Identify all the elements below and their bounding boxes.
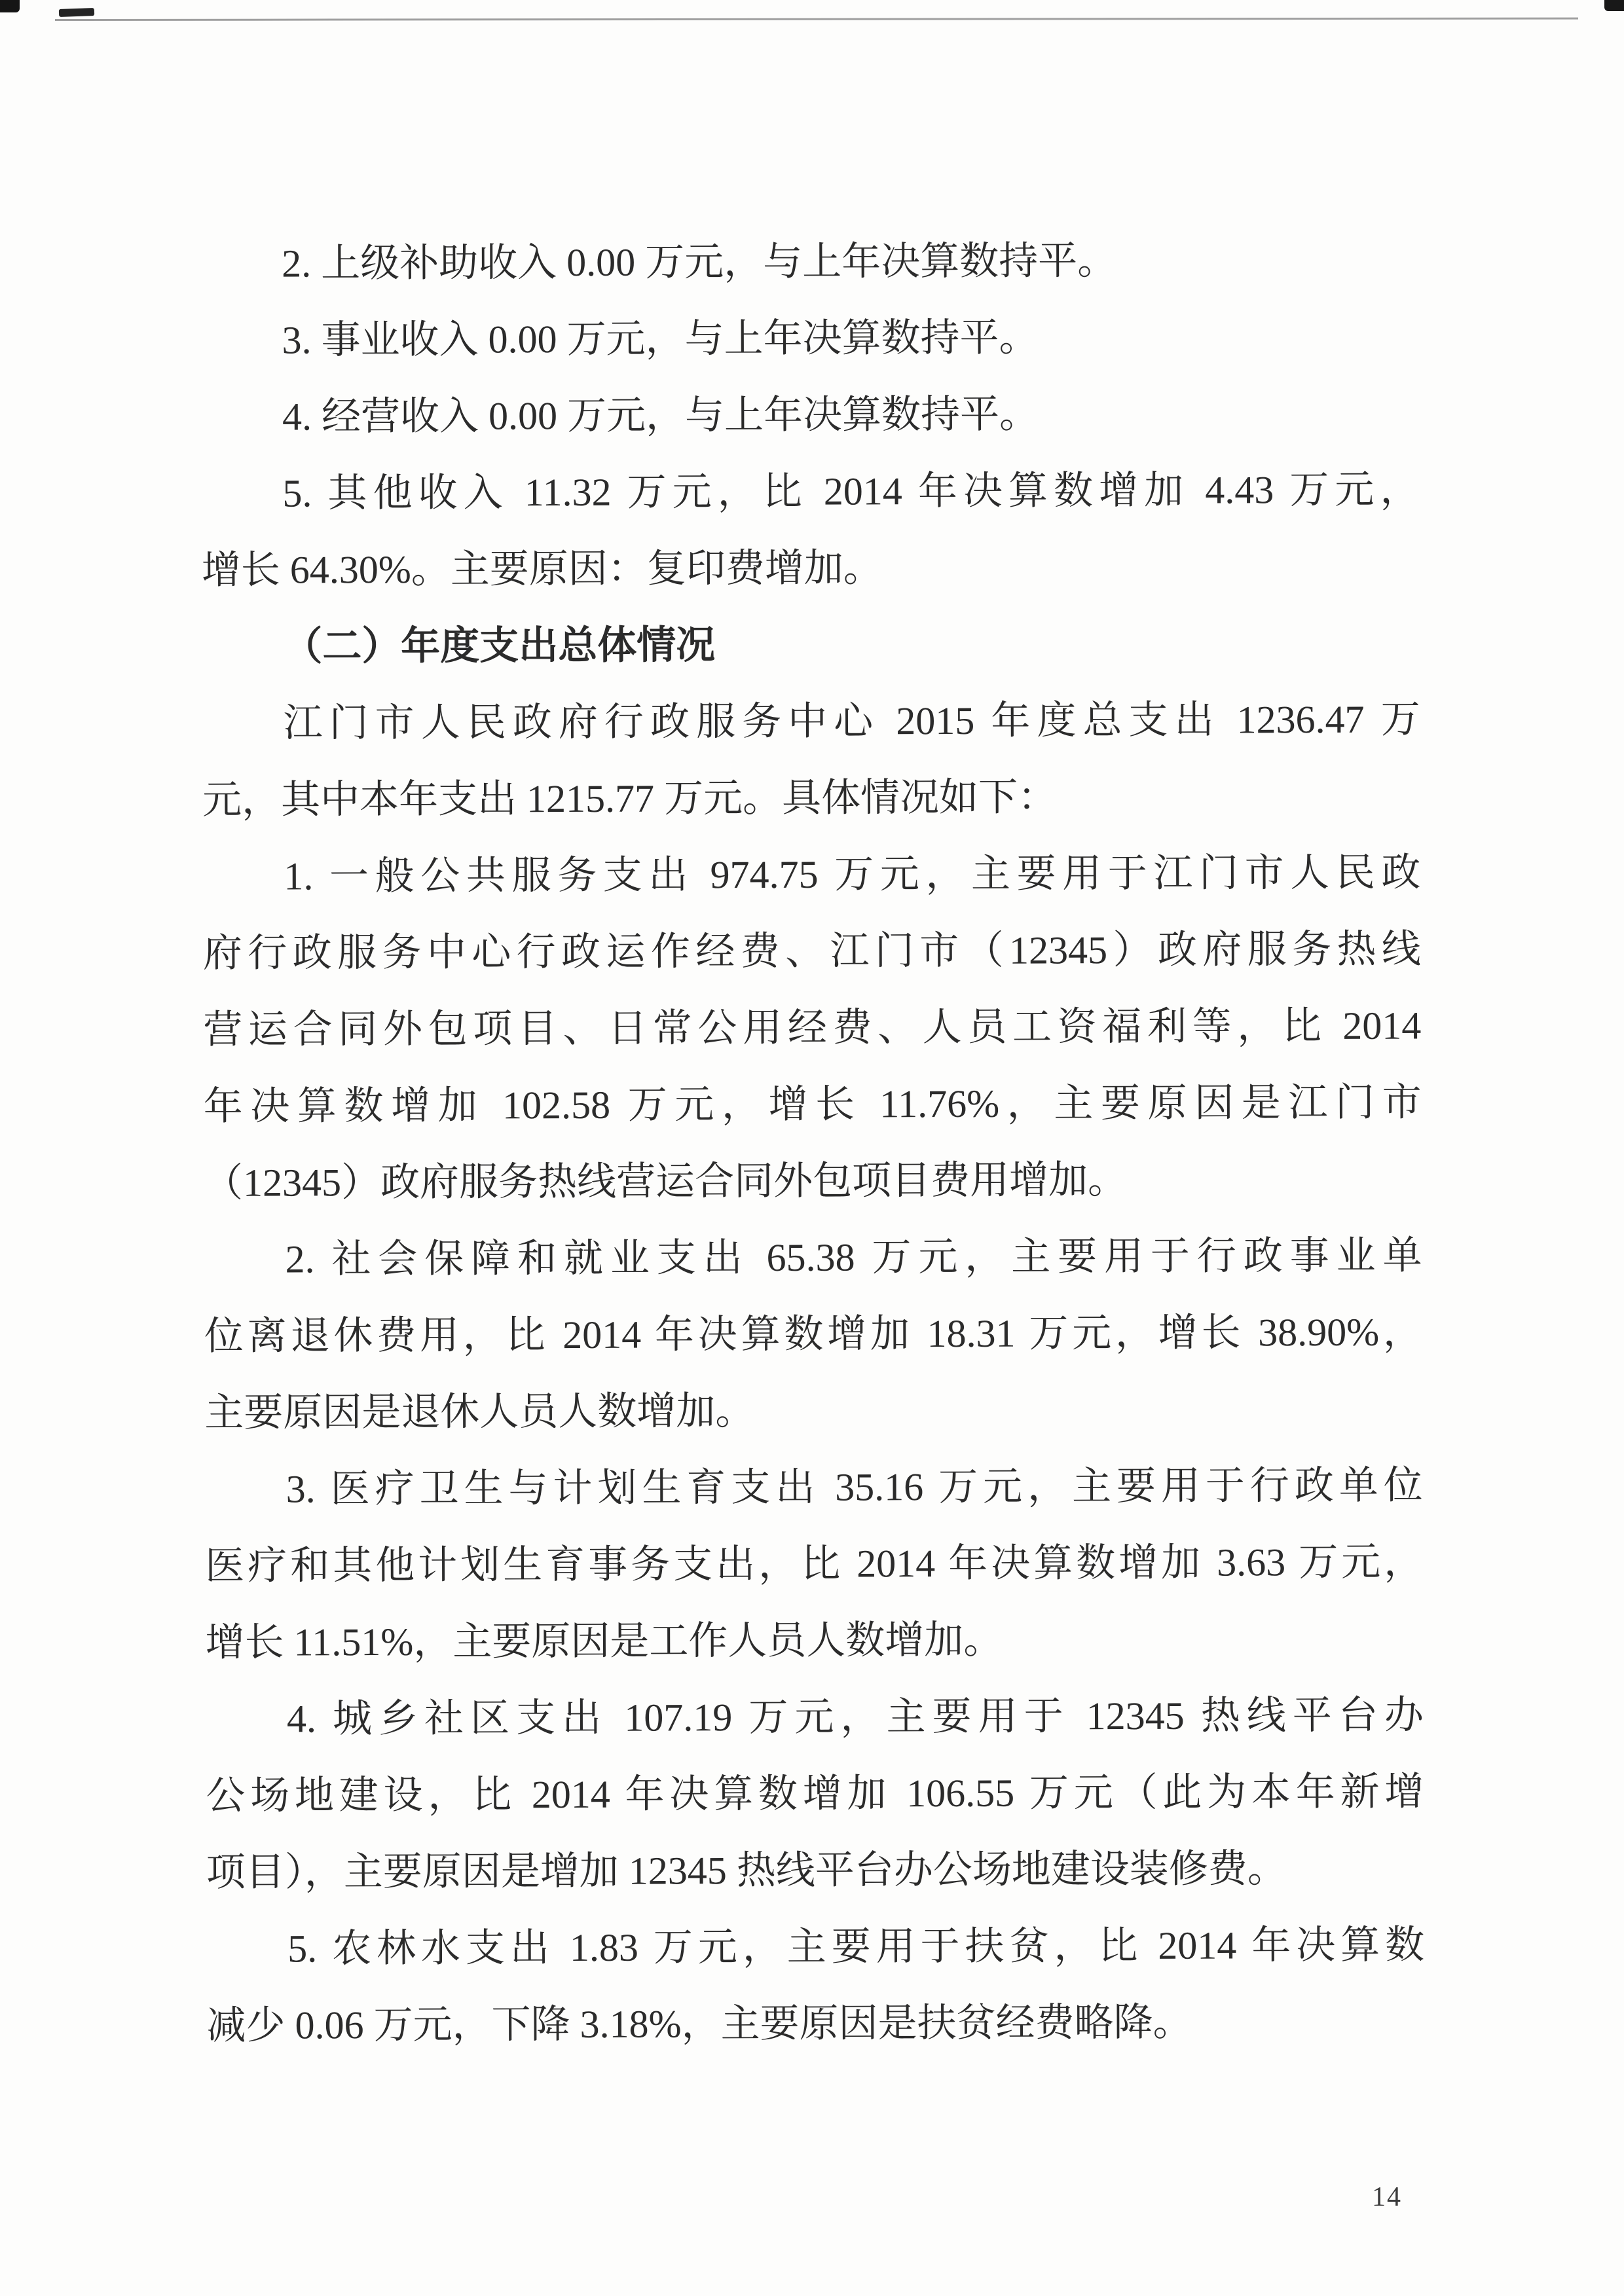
text-line: 1. 一般公共服务支出 974.75 万元，主要用于江门市人民政 <box>202 835 1420 915</box>
text-line: 减少 0.06 万元，下降 3.18%，主要原因是扶贫经费略降。 <box>206 1983 1424 2064</box>
text-line: 江门市人民政府行政服务中心 2015 年度总支出 1236.47 万 <box>202 682 1420 762</box>
text-line: 位离退休费用，比 2014 年决算数增加 18.31 万元，增长 38.90%， <box>204 1294 1422 1374</box>
text-line: 3. 事业收入 0.00 万元，与上年决算数持平。 <box>200 299 1418 379</box>
text-line: 5. 农林水支出 1.83 万元，主要用于扶贫，比 2014 年决算数 <box>206 1906 1424 1987</box>
text-line: 府行政服务中心行政运作经费、江门市（12345）政府服务热线 <box>203 911 1421 992</box>
text-line: 2. 上级补助收入 0.00 万元，与上年决算数持平。 <box>200 222 1418 302</box>
text-line: 营运合同外包项目、日常公用经费、人员工资福利等，比 2014 <box>203 988 1421 1068</box>
text-line: 项目），主要原因是增加 12345 热线平台办公场地建设装修费。 <box>206 1830 1424 1910</box>
text-line: 增长 11.51%，主要原因是工作人员人数增加。 <box>205 1600 1423 1681</box>
text-line: 5. 其他收入 11.32 万元，比 2014 年决算数增加 4.43 万元， <box>201 452 1419 532</box>
page-number: 14 <box>1372 2181 1402 2213</box>
scan-artifact-top-left-mark <box>0 0 20 12</box>
text-line: 主要原因是退休人员人数增加。 <box>204 1370 1422 1451</box>
text-line: 3. 医疗卫生与计划生育支出 35.16 万元，主要用于行政单位 <box>205 1447 1423 1527</box>
document-body: 2. 上级补助收入 0.00 万元，与上年决算数持平。3. 事业收入 0.00 … <box>200 222 1425 2064</box>
text-line: （12345）政府服务热线营运合同外包项目费用增加。 <box>204 1140 1422 1221</box>
scan-artifact-top-right-mark <box>1604 0 1624 11</box>
text-line: 公场地建设，比 2014 年决算数增加 106.55 万元（此为本年新增 <box>206 1753 1424 1834</box>
text-line: 4. 城乡社区支出 107.19 万元，主要用于 12345 热线平台办 <box>206 1677 1424 1757</box>
text-line: 4. 经营收入 0.00 万元，与上年决算数持平。 <box>201 375 1419 456</box>
text-line: 年决算数增加 102.58 万元，增长 11.76%，主要原因是江门市 <box>203 1064 1421 1144</box>
text-line: 元，其中本年支出 1215.77 万元。具体情况如下： <box>202 758 1420 839</box>
section-heading: （二）年度支出总体情况 <box>202 605 1420 685</box>
text-line: 增长 64.30%。主要原因：复印费增加。 <box>202 528 1420 609</box>
text-line: 医疗和其他计划生育事务支出，比 2014 年决算数增加 3.63 万元， <box>205 1523 1423 1604</box>
text-line: 2. 社会保障和就业支出 65.38 万元，主要用于行政事业单 <box>204 1217 1422 1298</box>
scan-artifact-top-left-dash <box>59 8 94 17</box>
scan-artifact-top-line <box>55 18 1578 21</box>
document-page: 2. 上级补助收入 0.00 万元，与上年决算数持平。3. 事业收入 0.00 … <box>0 0 1624 2296</box>
